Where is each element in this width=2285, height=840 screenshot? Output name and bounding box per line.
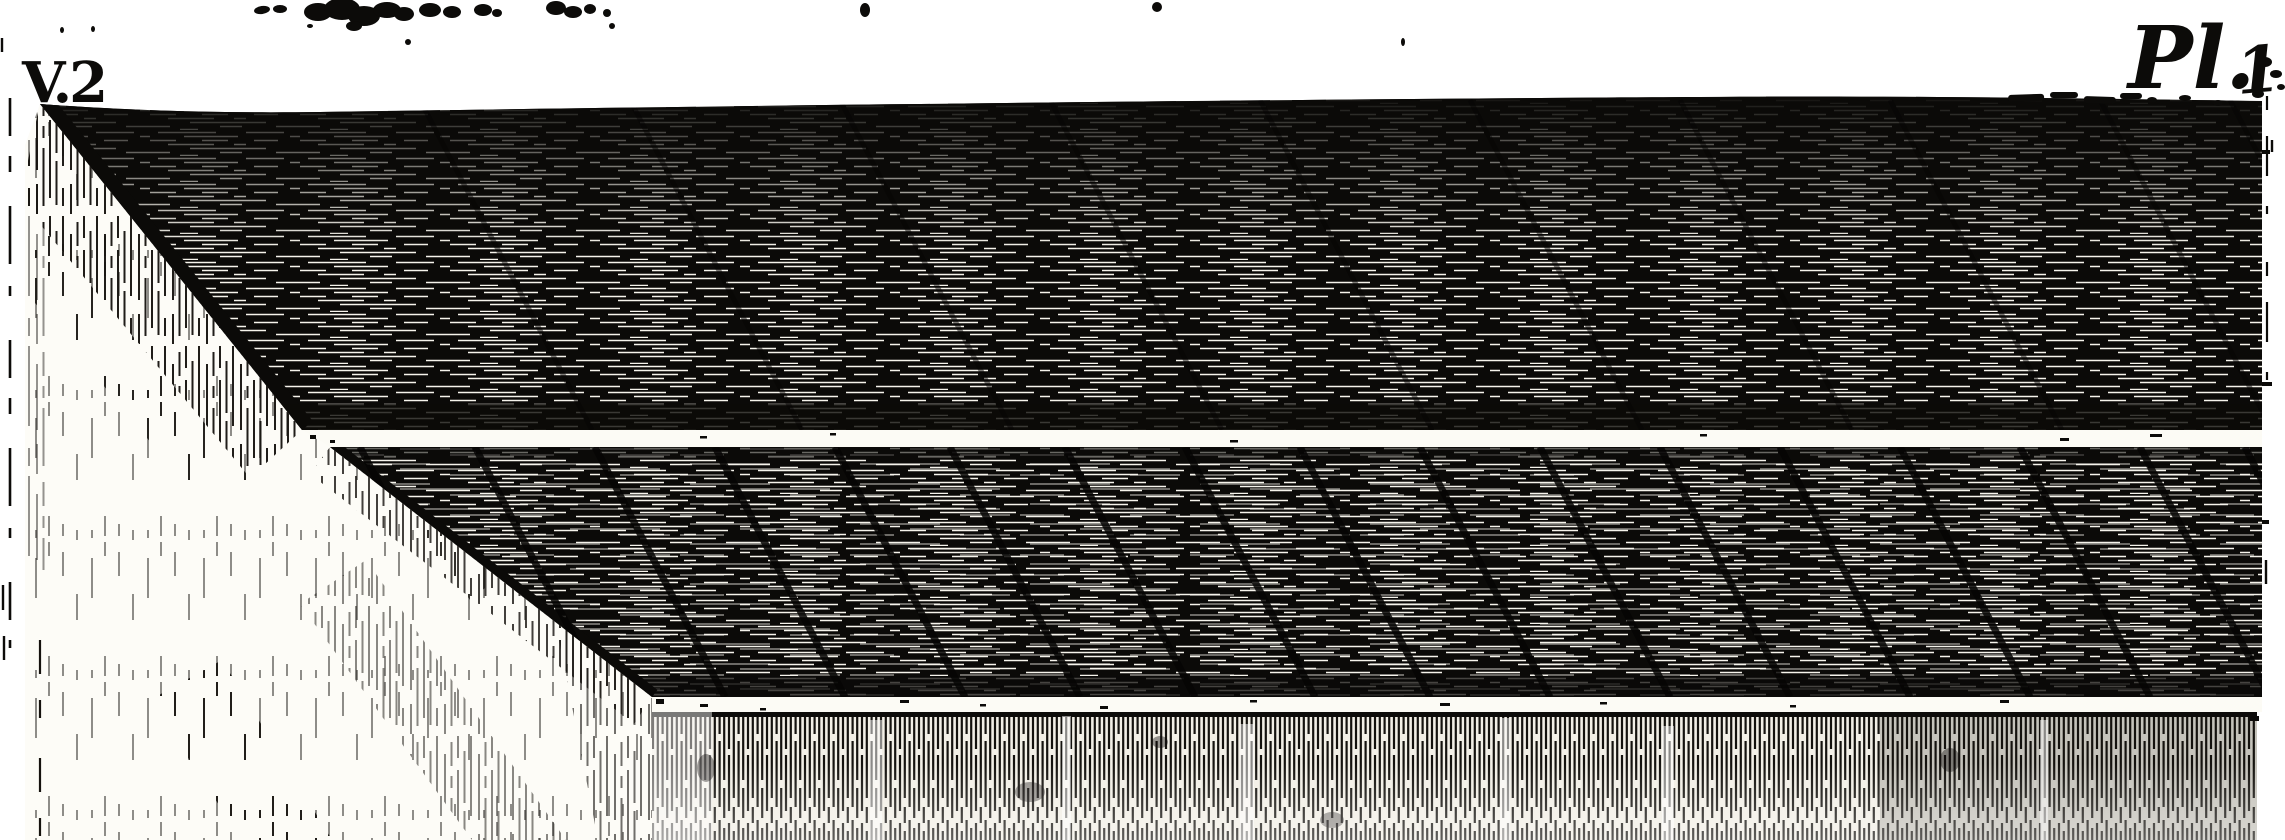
- upper-plane-dark-top: [30, 90, 2270, 435]
- volume-label: V.2: [21, 50, 105, 116]
- wall-left-edge-shade: [26, 140, 48, 570]
- engraving-plate-page: V.2 Pl. 1: [0, 0, 2285, 840]
- plate-label-number: 1: [2233, 31, 2284, 110]
- upper-ledge-gap: [302, 430, 2262, 447]
- lower-ledge-gap: [652, 697, 2262, 712]
- front-retaining-wall: [652, 712, 2257, 840]
- lower-terrace-plane: [330, 440, 2285, 700]
- front-wall-bottom-fade: [652, 712, 2257, 840]
- engraving-figure: V.2 Pl. 1: [0, 0, 2285, 840]
- upper-terrace-plane: [30, 90, 2285, 435]
